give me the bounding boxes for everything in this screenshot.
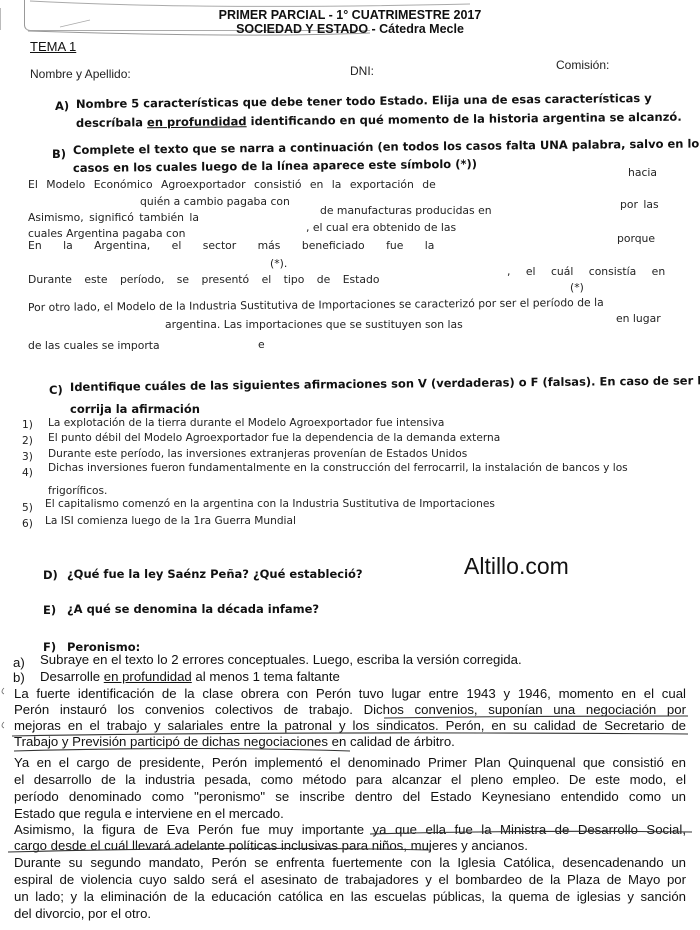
handwritten-underlines: [0, 0, 700, 930]
